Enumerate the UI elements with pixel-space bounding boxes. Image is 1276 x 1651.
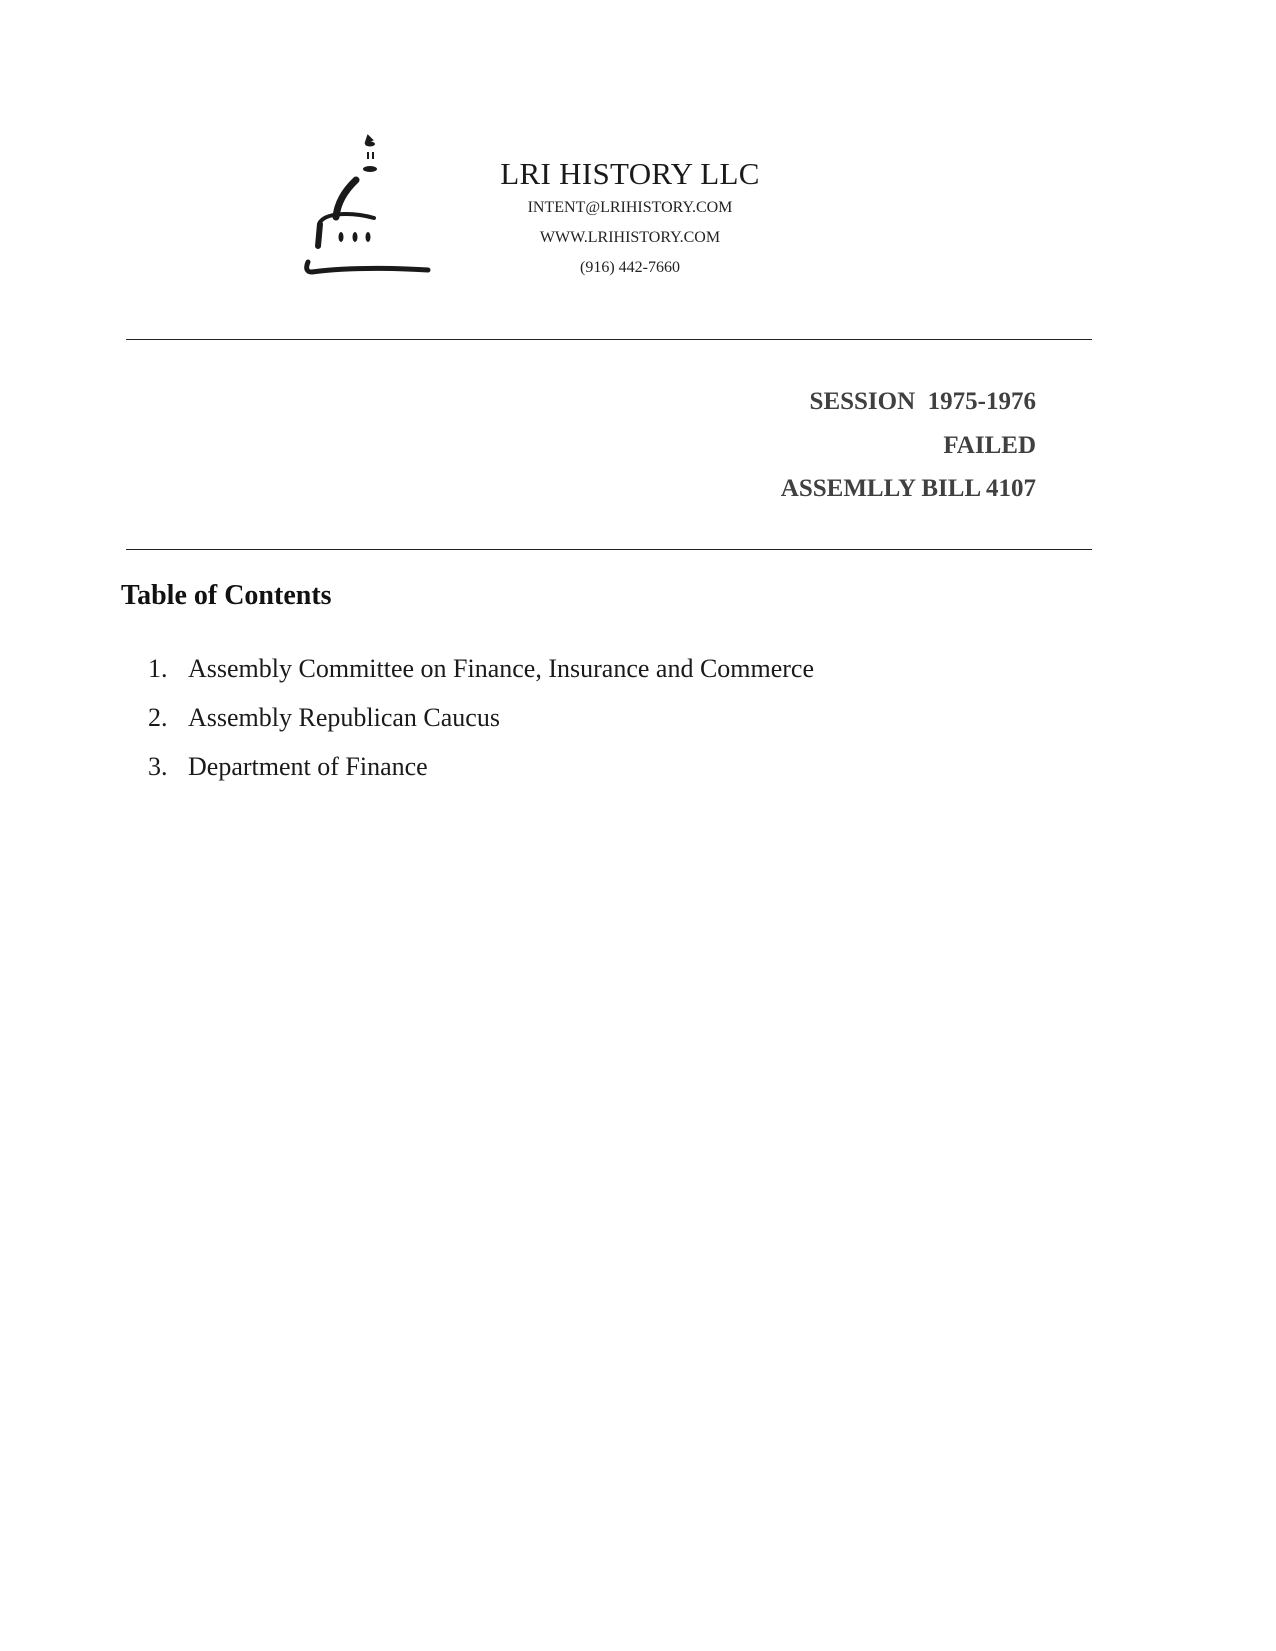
company-name: LRI HISTORY LLC (460, 155, 800, 193)
status-label: FAILED (781, 424, 1036, 468)
top-divider (126, 339, 1092, 340)
toc-list: 1. Assembly Committee on Finance, Insura… (148, 644, 814, 791)
toc-title: Table of Contents (121, 580, 332, 612)
toc-item-number: 3. (148, 742, 188, 791)
toc-item: 1. Assembly Committee on Finance, Insura… (148, 644, 814, 693)
bottom-divider (126, 549, 1092, 550)
company-header: LRI HISTORY LLC INTENT@LRIHISTORY.COM WW… (460, 155, 800, 283)
toc-item-number: 1. (148, 644, 188, 693)
toc-item: 2. Assembly Republican Caucus (148, 693, 814, 742)
bill-info: SESSION 1975-1976 FAILED ASSEMLLY BILL 4… (781, 380, 1036, 511)
toc-item-label: Department of Finance (188, 742, 428, 791)
company-website: WWW.LRIHISTORY.COM (460, 223, 800, 253)
company-phone: (916) 442-7660 (460, 253, 800, 283)
toc-item-label: Assembly Republican Caucus (188, 693, 500, 742)
session-label: SESSION 1975-1976 (781, 380, 1036, 424)
toc-item-number: 2. (148, 693, 188, 742)
company-email: INTENT@LRIHISTORY.COM (460, 193, 800, 223)
bill-label: ASSEMLLY BILL 4107 (781, 467, 1036, 511)
capitol-dome-icon (298, 132, 433, 282)
toc-item-label: Assembly Committee on Finance, Insurance… (188, 644, 814, 693)
toc-item: 3. Department of Finance (148, 742, 814, 791)
